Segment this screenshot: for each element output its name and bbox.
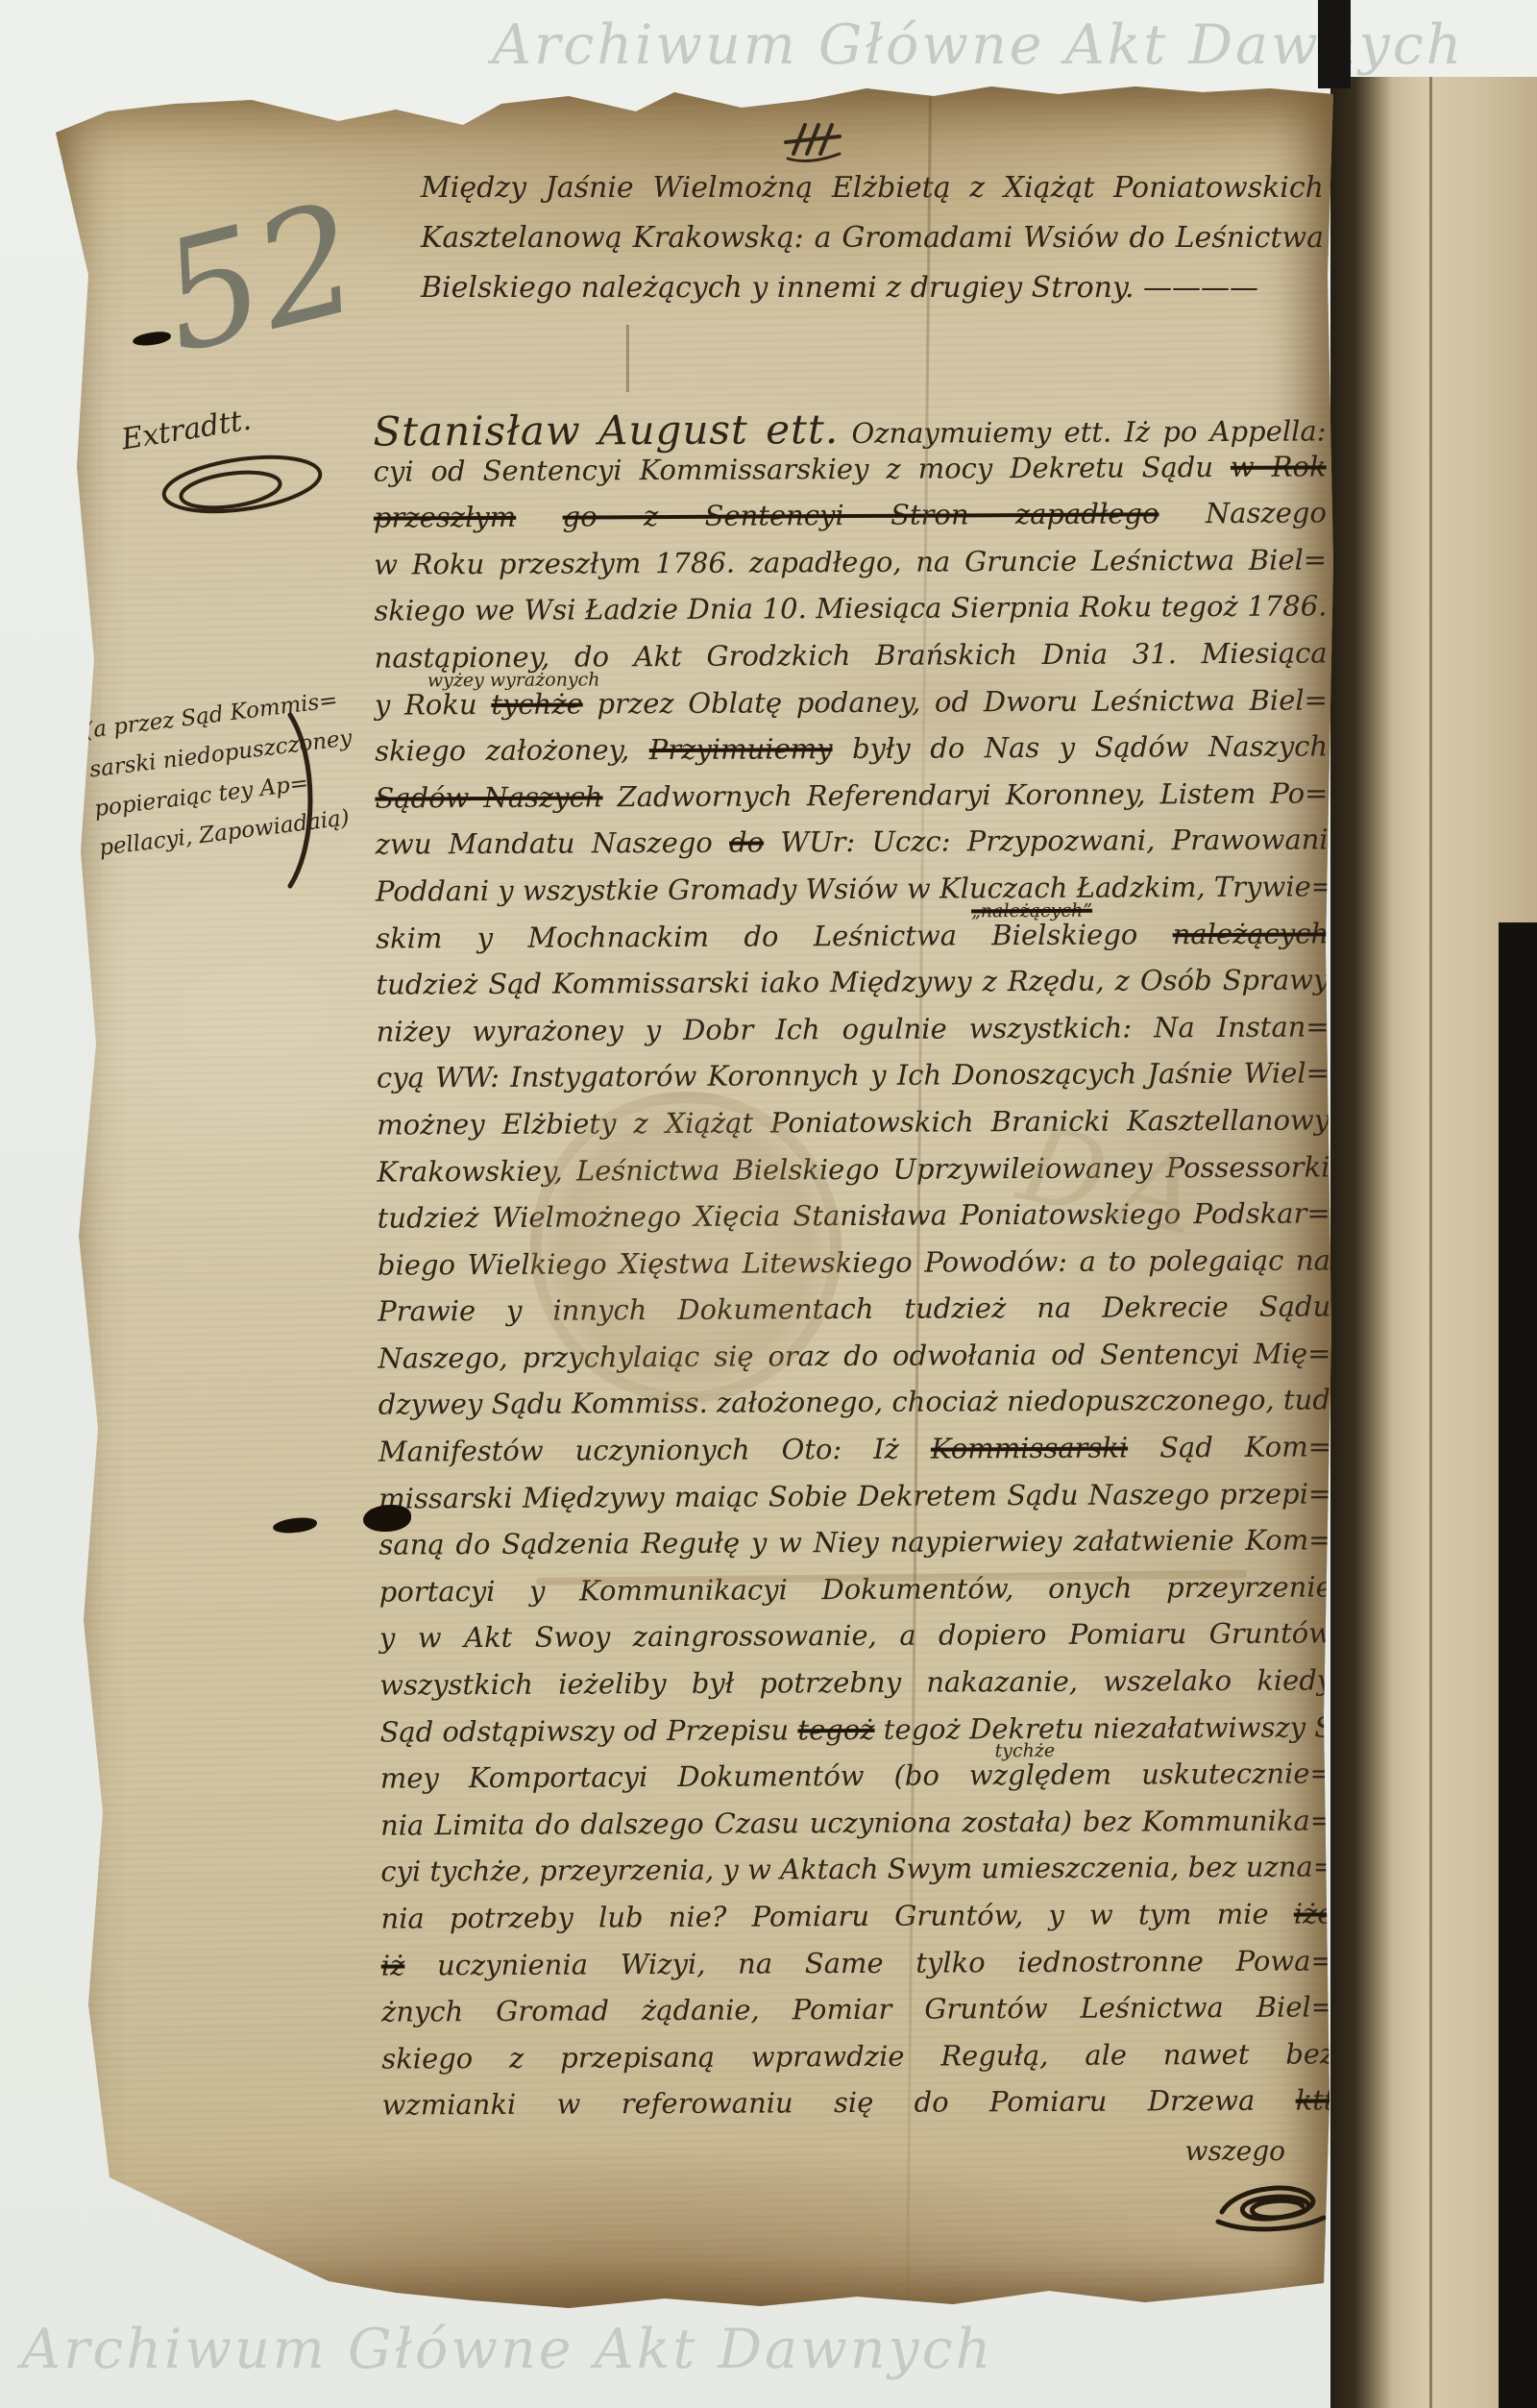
handwritten-text: uczynienia Wizyi, na Same tylko iednostr… bbox=[404, 1944, 1334, 1981]
handwritten-text: skiego założoney, bbox=[375, 733, 649, 767]
body-line: zwu Mandatu Naszego do WUr: Uczc: Przypo… bbox=[376, 823, 1329, 875]
struck-text: należących bbox=[1173, 917, 1330, 950]
interlinear-insert: wyżey wyrażonych bbox=[427, 669, 600, 691]
body-line: Sąd odstąpiwszy od Przepisu tegoż tegoż … bbox=[379, 1710, 1332, 1762]
struck-text: przeszłym bbox=[374, 501, 517, 534]
header-line: Między Jaśnie Wielmożną Elżbietą z Xiążą… bbox=[421, 171, 1324, 221]
handwritten-text bbox=[516, 501, 563, 533]
handwritten-text: Sąd odstąpiwszy od Przepisu bbox=[379, 1713, 797, 1748]
handwritten-text: nia Limita do dalszego Czasu uczyniona z… bbox=[380, 1804, 1333, 1841]
struck-text: iż bbox=[381, 1949, 405, 1981]
struck-text: go z Sentencyi Stron zapadłego bbox=[562, 498, 1159, 533]
body-line: Prawie y innych Dokumentach tudzież na D… bbox=[378, 1290, 1330, 1342]
body-line: mey Komportacyi Dokumentów (bo względem … bbox=[380, 1757, 1333, 1809]
interlinear-insert: tychże bbox=[995, 1740, 1056, 1761]
struck-text: Kommissarski bbox=[931, 1432, 1128, 1465]
body-line: skiego we Wsi Ładzie Dnia 10. Miesiąca S… bbox=[374, 590, 1327, 642]
folio-number-pencil: 52 bbox=[145, 169, 376, 387]
handwritten-text: przez Oblatę podaney, od Dworu Leśnictwa… bbox=[583, 683, 1328, 720]
margin-bracket-icon bbox=[284, 709, 319, 892]
handwritten-text: Zadwornych Referendaryi Koronney, Listem… bbox=[602, 776, 1328, 813]
body-text: Stanisław August ett. Oznaymuiemy ett. I… bbox=[373, 403, 1334, 2135]
body-line: przeszłym go z Sentencyi Stron zapadłego… bbox=[374, 497, 1327, 549]
handwritten-text: dzywey Sądu Kommiss. założonego, chociaż… bbox=[378, 1384, 1385, 1421]
body-line: Sądów Naszych Zadwornych Referendaryi Ko… bbox=[375, 776, 1328, 828]
body-line: cyą WW: Instygatorów Koronnych y Ich Don… bbox=[377, 1057, 1330, 1109]
catchword: wszego bbox=[1045, 2135, 1285, 2167]
handwritten-text: cyi tychże, przeyrzenia, y w Aktach Swym… bbox=[380, 1851, 1336, 1888]
body-line: saną do Sądzenia Regułę y w Niey naypier… bbox=[378, 1524, 1331, 1576]
handwritten-text: skiego z przepisaną wprawdzie Regułą, al… bbox=[381, 2037, 1334, 2075]
handwritten-text: missarski Międzywy maiąc Sobie Dekretem … bbox=[378, 1477, 1331, 1514]
handwritten-text: cyą WW: Instygatorów Koronnych y Ich Don… bbox=[377, 1057, 1330, 1094]
body-line: wzmianki w referowaniu się do Pomiaru Dr… bbox=[381, 2084, 1334, 2136]
handwritten-text: mey Komportacyi Dokumentów (bo względem … bbox=[380, 1757, 1333, 1795]
archive-scan: Archiwum Główne Akt Dawnych 52 Między Ja… bbox=[0, 0, 1537, 2408]
body-line: y Roku tychże przez Oblatę podaney, od D… bbox=[375, 683, 1328, 735]
body-line: skiego założoney, Przyimuiemy były do Na… bbox=[375, 730, 1328, 782]
handwritten-text: nia potrzeby lub nie? Pomiaru Gruntów, y… bbox=[380, 1898, 1293, 1935]
handwritten-text: Poddani y wszystkie Gromady Wsiów w Kluc… bbox=[376, 870, 1334, 907]
blind-stamp bbox=[530, 1092, 842, 1403]
body-line: żnych Gromad żądanie, Pomiar Gruntów Leś… bbox=[381, 1991, 1334, 2043]
handwritten-text: Naszego bbox=[1159, 497, 1327, 530]
handwritten-text: Prawie y innych Dokumentach tudzież na D… bbox=[378, 1290, 1330, 1328]
handwritten-text: tegoż Dekretu niezałatwiwszy Sa= bbox=[874, 1710, 1373, 1746]
body-line: w Roku przeszłym 1786. zapadłego, na Gru… bbox=[374, 543, 1327, 595]
handwritten-text: w Roku przeszłym 1786. zapadłego, na Gru… bbox=[374, 543, 1327, 580]
body-line: iż uczynienia Wizyi, na Same tylko iedno… bbox=[381, 1944, 1334, 1996]
manuscript-page: 52 Między Jaśnie Wielmożną Elżbietą z Xi… bbox=[50, 83, 1333, 2314]
body-line: dzywey Sądu Kommiss. założonego, chociaż… bbox=[378, 1384, 1331, 1436]
folio-tally-icon bbox=[782, 119, 845, 163]
header-line: Kasztelanową Krakowską: a Gromadami Wsió… bbox=[421, 221, 1324, 271]
body-line: Stanisław August ett. Oznaymuiemy ett. I… bbox=[373, 403, 1326, 455]
ink-blot bbox=[273, 1516, 318, 1534]
struck-text: w Rok bbox=[1231, 450, 1327, 483]
handwritten-text: zwu Mandatu Naszego bbox=[376, 826, 730, 861]
archive-watermark-bottom: Archiwum Główne Akt Dawnych bbox=[21, 2318, 993, 2381]
handwritten-text: Sąd Kom= bbox=[1128, 1430, 1331, 1463]
handwritten-text: skim y Mochnackim do Leśnictwa Bielskieg… bbox=[376, 918, 1173, 954]
body-line: skiego z przepisaną wprawdzie Regułą, al… bbox=[381, 2037, 1334, 2089]
facing-page-edge bbox=[1429, 77, 1432, 2408]
handwritten-text: niżey wyrażoney y Dobr Ich ogulnie wszys… bbox=[377, 1010, 1330, 1047]
end-flourish-icon bbox=[1208, 2166, 1333, 2243]
body-line: skim y Mochnackim do Leśnictwa Bielskieg… bbox=[376, 917, 1329, 969]
handwritten-text: wszystkich ieżeliby był potrzebny nakaza… bbox=[379, 1663, 1332, 1701]
extradt-flourish-icon bbox=[146, 450, 329, 522]
body-line: nia potrzeby lub nie? Pomiaru Gruntów, y… bbox=[380, 1897, 1333, 1949]
handwritten-text: tudzież Sąd Kommissarski iako Międzywy z… bbox=[376, 964, 1329, 1001]
handwritten-text: WUr: Uczc: Przypozwani, Prawowani bbox=[764, 823, 1329, 859]
struck-text: tegoż bbox=[797, 1713, 874, 1746]
handwritten-text: wzmianki w referowaniu się do Pomiaru Dr… bbox=[381, 2084, 1295, 2122]
handwritten-text: były do Nas y Sądów Naszych bbox=[832, 730, 1328, 766]
body-line: tudzież Sąd Kommissarski iako Międzywy z… bbox=[376, 964, 1329, 1016]
struck-text: Sądów Naszych bbox=[375, 780, 602, 814]
handwritten-text: Stanisław August ett. bbox=[373, 405, 839, 455]
handwritten-text: Manifestów uczynionych Oto: Iż bbox=[378, 1433, 931, 1468]
handwritten-text: cyi od Sentencyi Kommissarskiey z mocy D… bbox=[374, 451, 1231, 488]
body-line: cyi tychże, przeyrzenia, y w Aktach Swym… bbox=[380, 1851, 1333, 1903]
handwritten-text: żnych Gromad żądanie, Pomiar Gruntów Leś… bbox=[381, 1991, 1334, 2028]
struck-text: Przyimuiemy bbox=[649, 732, 833, 766]
header-line: Bielskiego należących y innemi z drugiey… bbox=[421, 271, 1324, 321]
body-line: nia Limita do dalszego Czasu uczyniona z… bbox=[380, 1804, 1333, 1855]
handwritten-text: y Roku bbox=[375, 688, 492, 722]
struck-text: ktt bbox=[1296, 2084, 1335, 2117]
struck-text: tychże bbox=[491, 687, 583, 720]
handwritten-text: saną do Sądzenia Regułę y w Niey naypier… bbox=[378, 1524, 1331, 1561]
struck-text: do bbox=[729, 826, 764, 859]
header-block: Między Jaśnie Wielmożną Elżbietą z Xiążą… bbox=[421, 171, 1324, 321]
body-line: niżey wyrażoney y Dobr Ich ogulnie wszys… bbox=[377, 1010, 1330, 1062]
black-bar-top-icon bbox=[1318, 0, 1351, 88]
ink-blot bbox=[132, 331, 171, 347]
body-line: cyi od Sentencyi Kommissarskiey z mocy D… bbox=[374, 450, 1327, 502]
handwritten-text: skiego we Wsi Ładzie Dnia 10. Miesiąca S… bbox=[374, 590, 1327, 627]
black-bar-right bbox=[1499, 922, 1537, 2408]
interlinear-insert: „należących” bbox=[971, 899, 1092, 921]
body-line: wszystkich ieżeliby był potrzebny nakaza… bbox=[379, 1663, 1332, 1715]
handwritten-text: Naszego, przychylaiąc się oraz do odwoła… bbox=[378, 1337, 1330, 1374]
body-line: Poddani y wszystkie Gromady Wsiów w Kluc… bbox=[376, 870, 1329, 921]
body-line: Naszego, przychylaiąc się oraz do odwoła… bbox=[378, 1337, 1330, 1388]
handwritten-text: Oznaymuiemy ett. Iż po Appella: bbox=[839, 414, 1326, 450]
handwritten-text: y w Akt Swoy zaingrossowanie, a dopiero … bbox=[379, 1617, 1332, 1655]
margin-note-appeal: (a przez Sąd Kommis=sarski niedopuszczon… bbox=[84, 693, 312, 875]
small-crease bbox=[626, 325, 629, 392]
body-line: y w Akt Swoy zaingrossowanie, a dopiero … bbox=[379, 1617, 1332, 1669]
struck-text: iże bbox=[1294, 1897, 1334, 1929]
body-line: Manifestów uczynionych Oto: Iż Kommissar… bbox=[378, 1430, 1331, 1482]
body-line: missarski Międzywy maiąc Sobie Dekretem … bbox=[378, 1477, 1331, 1529]
